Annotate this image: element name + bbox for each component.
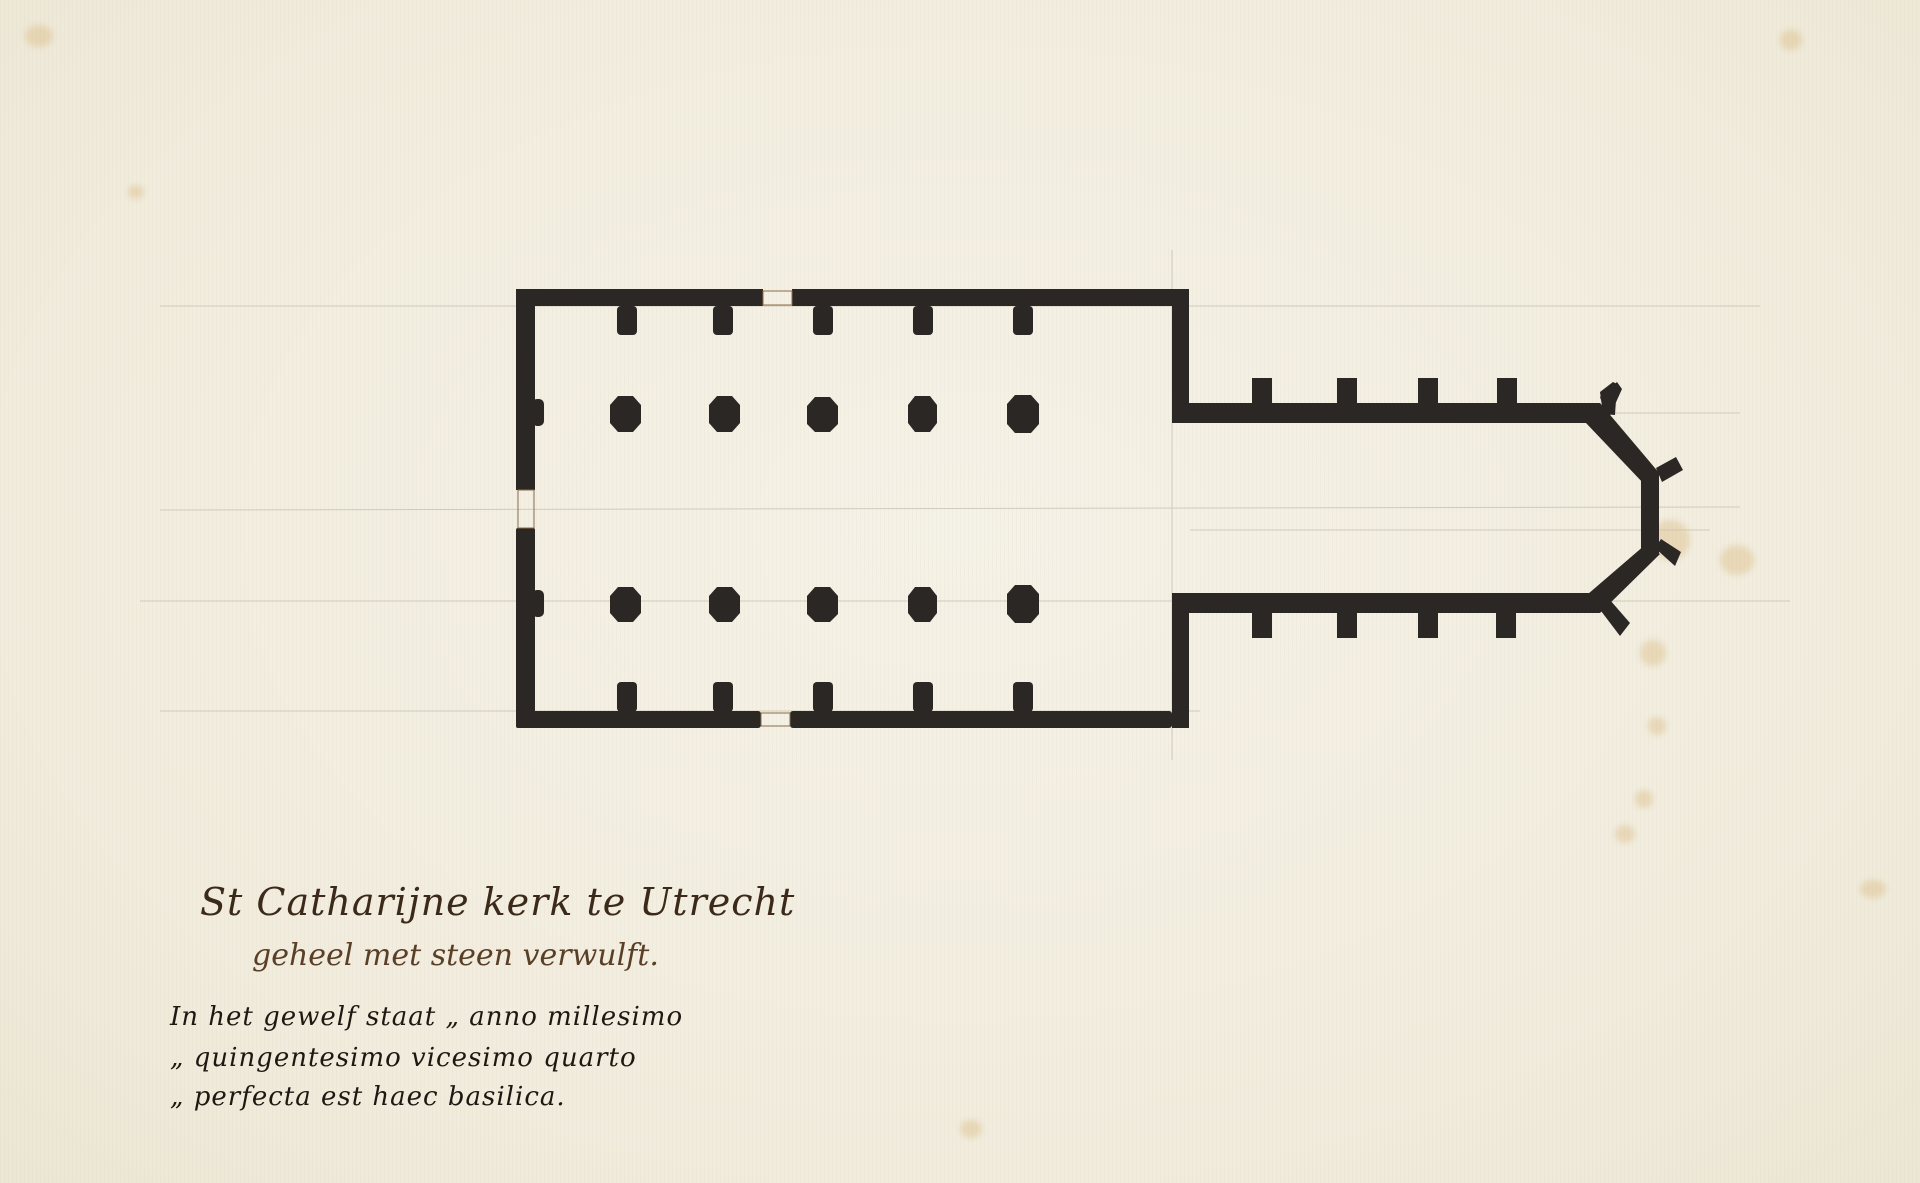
caption-title: St Catharijne kerk te Utrecht — [200, 880, 795, 924]
nave-north-piers — [617, 306, 1033, 335]
south-door — [761, 713, 790, 726]
chancel-buttresses-north — [1252, 378, 1517, 404]
caption-subtitle: geheel met steen verwulft. — [252, 938, 659, 973]
inscription-line: In het gewelf staat „ anno millesimo — [170, 1002, 683, 1032]
nave-columns-north — [610, 395, 1039, 433]
construction-lines — [140, 250, 1790, 760]
west-respond — [532, 590, 544, 617]
north-door — [763, 291, 792, 305]
inscription-line: „ perfecta est haec basilica. — [170, 1082, 566, 1112]
nave-south-piers — [617, 682, 1033, 712]
chancel-buttresses-south — [1252, 612, 1516, 638]
nave-columns-south — [610, 585, 1039, 623]
west-respond — [532, 399, 544, 426]
inscription-line: „ quingentesimo vicesimo quarto — [170, 1043, 637, 1073]
